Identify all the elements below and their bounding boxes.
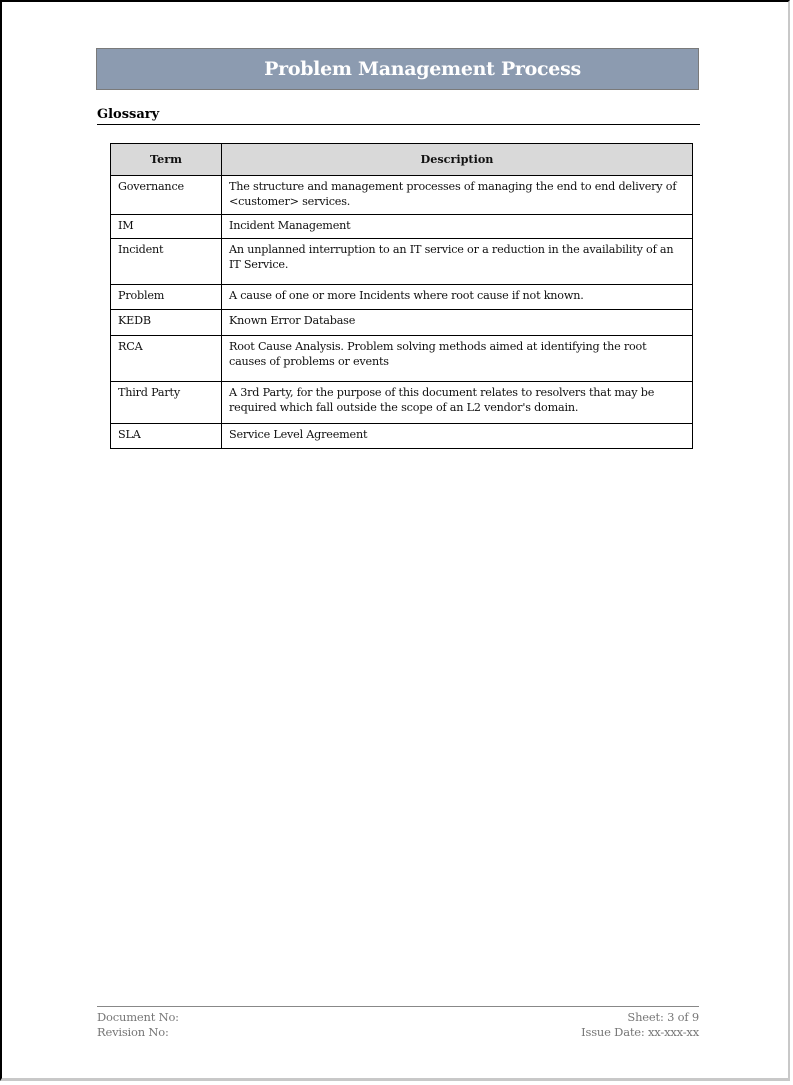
document-page: Problem Management Process Glossary Term…: [0, 0, 790, 1081]
table-row: ProblemA cause of one or more Incidents …: [111, 285, 693, 310]
table-row: IMIncident Management: [111, 215, 693, 239]
glossary-term: Problem: [111, 285, 222, 310]
glossary-description: Root Cause Analysis. Problem solving met…: [222, 336, 693, 382]
glossary-term: IM: [111, 215, 222, 239]
glossary-term: Incident: [111, 239, 222, 285]
glossary-term: Governance: [111, 176, 222, 215]
table-row: RCARoot Cause Analysis. Problem solving …: [111, 336, 693, 382]
glossary-description: An unplanned interruption to an IT servi…: [222, 239, 693, 285]
revision-number-label: Revision No:: [97, 1025, 169, 1040]
glossary-description: The structure and management processes o…: [222, 176, 693, 215]
column-header-term: Term: [111, 144, 222, 176]
glossary-term: RCA: [111, 336, 222, 382]
glossary-term: SLA: [111, 424, 222, 449]
table-row: Third PartyA 3rd Party, for the purpose …: [111, 382, 693, 424]
glossary-term: KEDB: [111, 310, 222, 336]
section-heading: Glossary: [97, 107, 700, 125]
glossary-description: A cause of one or more Incidents where r…: [222, 285, 693, 310]
issue-date: Issue Date: xx-xxx-xx: [581, 1025, 699, 1040]
title-banner: Problem Management Process: [96, 48, 699, 90]
glossary-term: Third Party: [111, 382, 222, 424]
page-footer: Document No: Sheet: 3 of 9 Revision No: …: [97, 1006, 699, 1040]
document-number-label: Document No:: [97, 1010, 179, 1025]
glossary-description: Known Error Database: [222, 310, 693, 336]
table-row: KEDBKnown Error Database: [111, 310, 693, 336]
table-row: SLAService Level Agreement: [111, 424, 693, 449]
glossary-description: Service Level Agreement: [222, 424, 693, 449]
table-header-row: Term Description: [111, 144, 693, 176]
table-row: IncidentAn unplanned interruption to an …: [111, 239, 693, 285]
document-title: Problem Management Process: [214, 58, 581, 80]
glossary-description: Incident Management: [222, 215, 693, 239]
column-header-description: Description: [222, 144, 693, 176]
glossary-body: GovernanceThe structure and management p…: [111, 176, 693, 449]
glossary-description: A 3rd Party, for the purpose of this doc…: [222, 382, 693, 424]
sheet-number: Sheet: 3 of 9: [627, 1010, 699, 1025]
glossary-table: Term Description GovernanceThe structure…: [110, 143, 693, 449]
table-row: GovernanceThe structure and management p…: [111, 176, 693, 215]
